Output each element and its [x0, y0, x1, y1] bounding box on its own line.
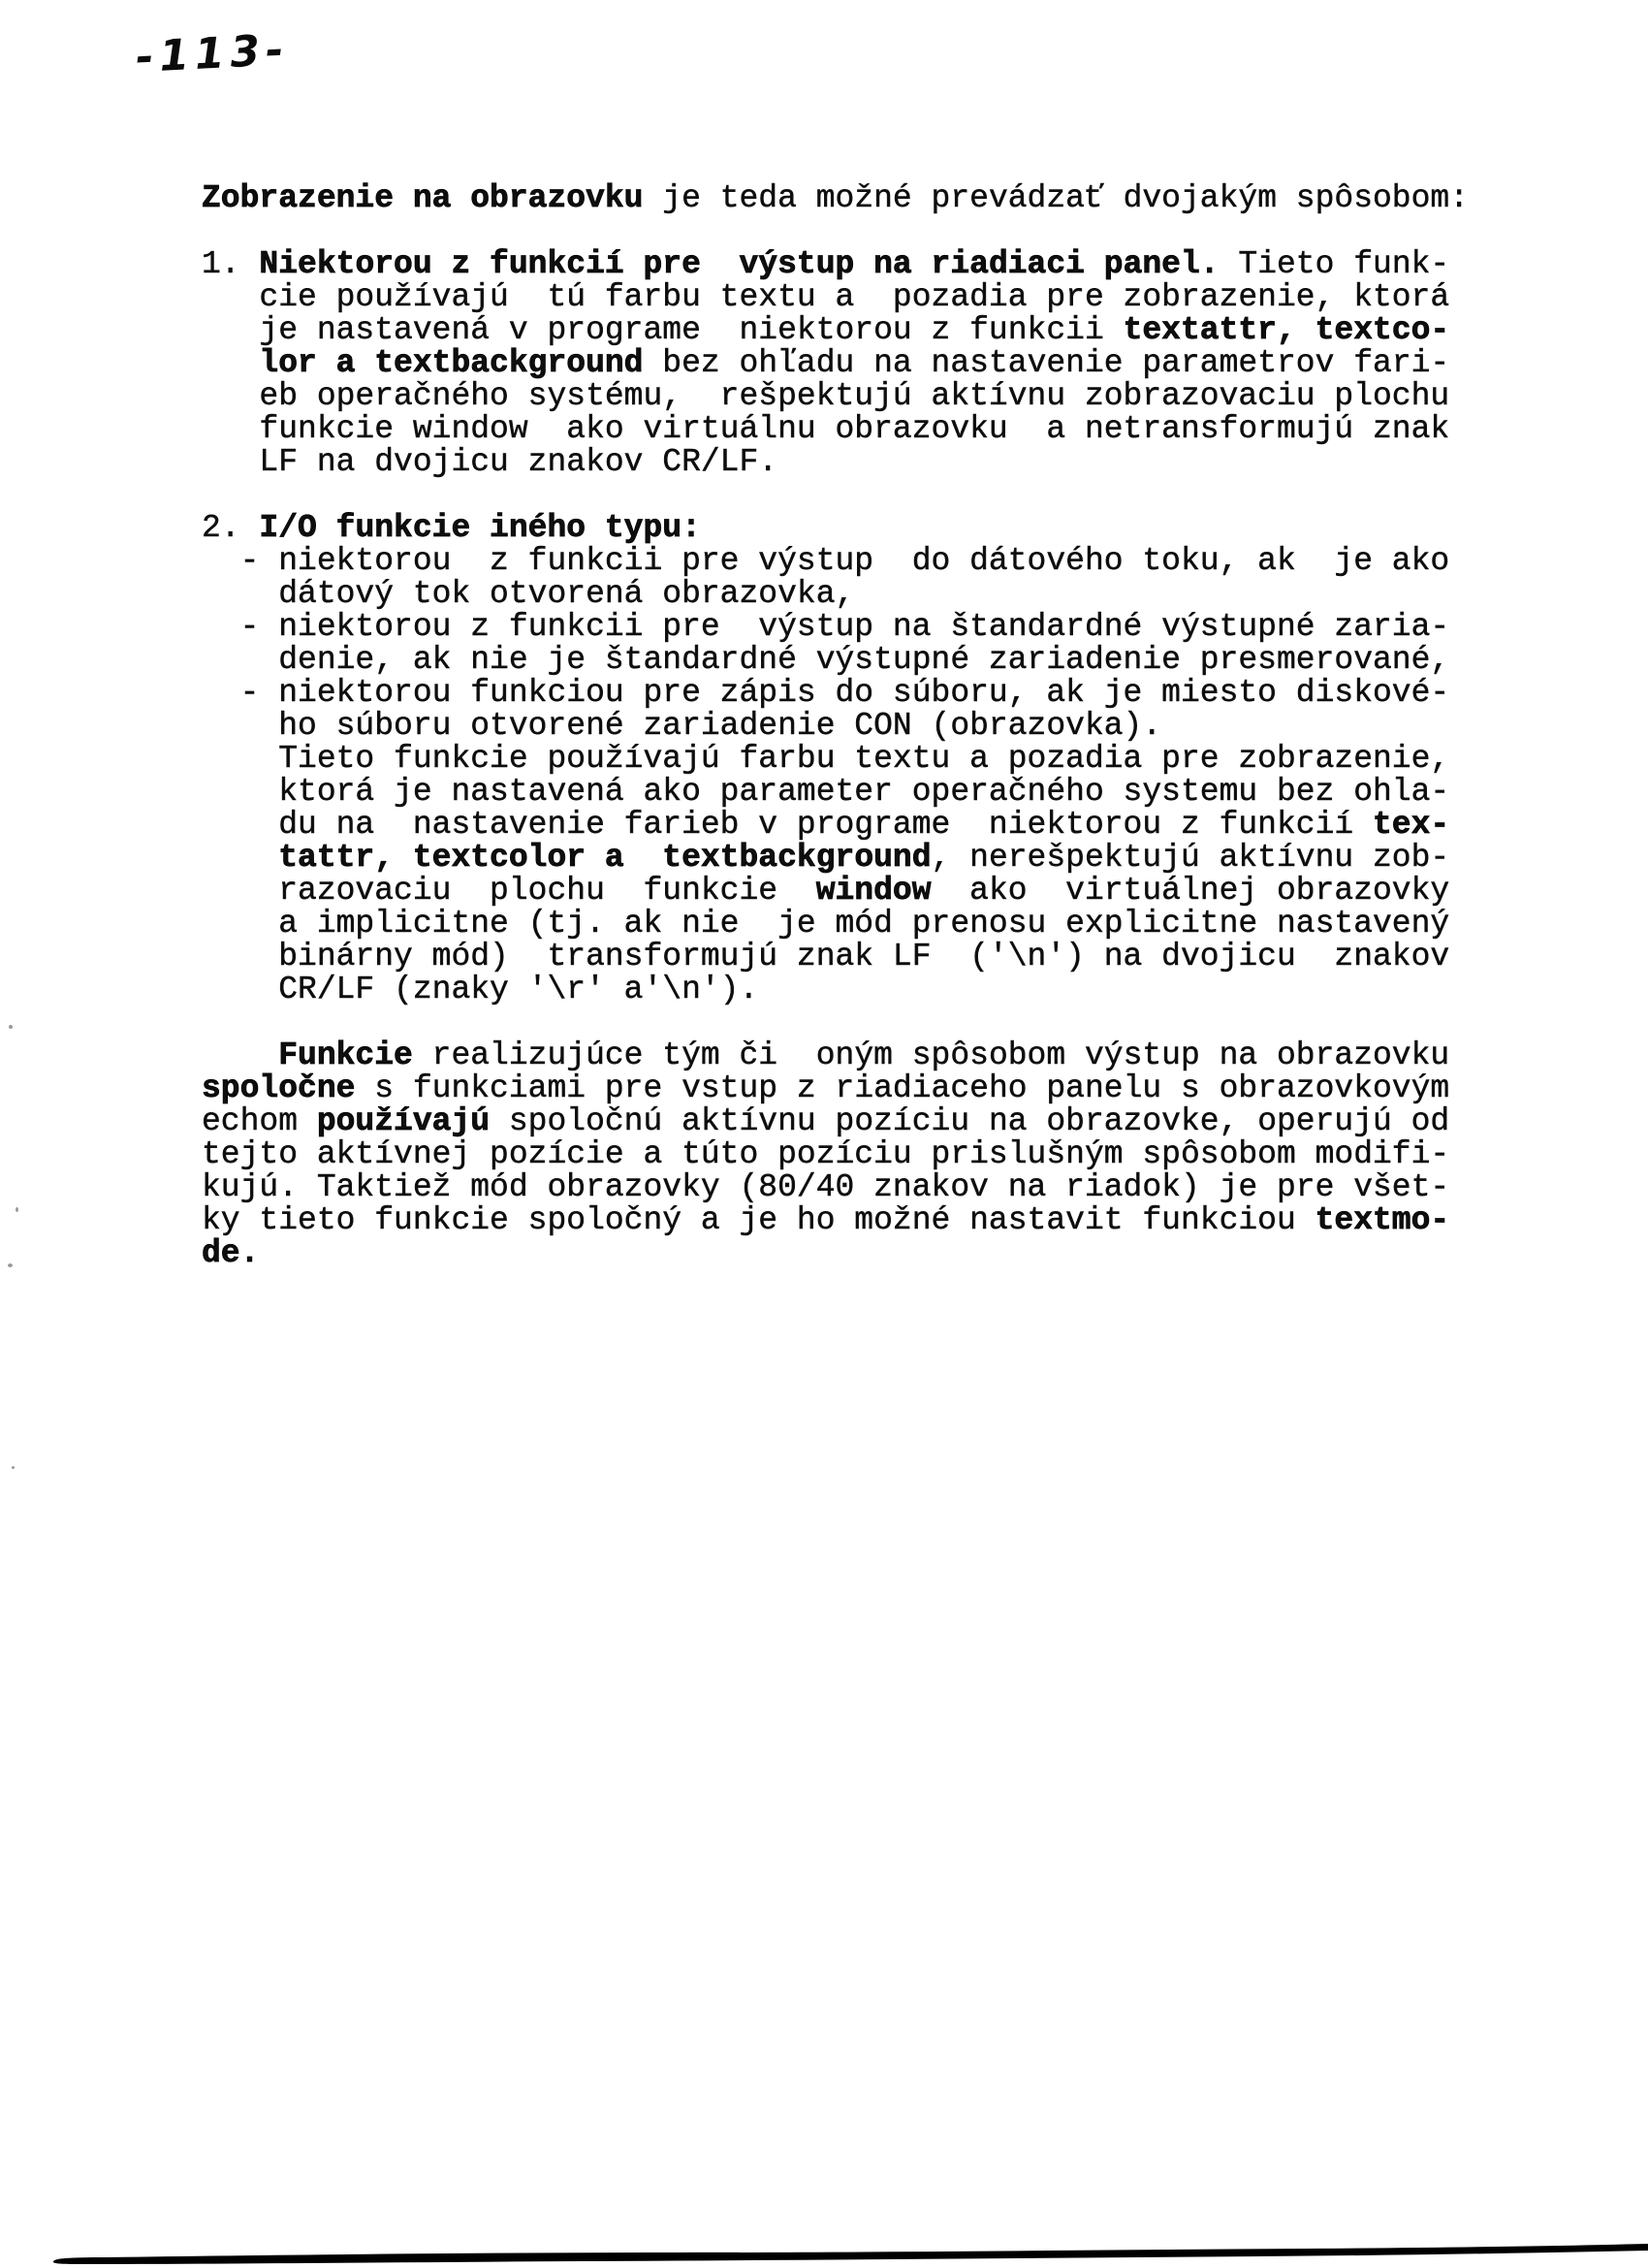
text-segment: - niektorou z funkcii pre výstup na štan…	[202, 609, 1449, 645]
text-segment-bold: textmo-	[1315, 1202, 1450, 1238]
text-segment: ako virtuálnej obrazovky	[932, 873, 1450, 909]
text-line: 1. Niektorou z funkcií pre výstup na ria…	[202, 248, 1469, 281]
text-line: CR/LF (znaky '\r' a'\n').	[202, 974, 1469, 1006]
text-segment-bold: lor a textbackground	[259, 345, 643, 381]
blank-line	[202, 479, 1469, 512]
text-segment-bold: de.	[202, 1235, 259, 1271]
page-number-handwritten: -113-	[135, 25, 291, 82]
text-line: je nastavená v programe niektorou z funk…	[202, 314, 1469, 347]
text-segment	[202, 840, 278, 876]
scan-speck	[9, 1025, 13, 1029]
text-segment-bold: tattr, textcolor a textbackground	[278, 840, 931, 876]
text-segment: ky tieto funkcie spoločný a je ho možné …	[202, 1202, 1315, 1238]
scanned-document-page: -113- Zobrazenie na obrazovku je teda mo…	[0, 0, 1648, 2268]
text-segment: s funkciami pre vstup z riadiaceho panel…	[355, 1070, 1449, 1106]
text-segment: funkcie window ako virtuálnu obrazovku a…	[202, 411, 1449, 447]
text-line: Zobrazenie na obrazovku je teda možné pr…	[202, 182, 1469, 215]
text-segment: ho súboru otvorené zariadenie CON (obraz…	[202, 708, 1161, 744]
text-segment: denie, ak nie je štandardné výstupné zar…	[202, 642, 1449, 678]
text-segment: cie používajú tú farbu textu a pozadia p…	[202, 279, 1449, 315]
text-line: ktorá je nastavená ako parameter operačn…	[202, 776, 1469, 809]
scan-speck	[8, 1263, 13, 1267]
text-segment-bold: používajú	[317, 1103, 490, 1139]
text-line: tattr, textcolor a textbackground, nereš…	[202, 842, 1469, 875]
text-segment	[202, 345, 259, 381]
text-segment: Tieto funk-	[1220, 246, 1450, 282]
text-segment: binárny mód) transformujú znak LF ('\n')…	[202, 939, 1449, 974]
text-line: du na nastavenie farieb v programe niekt…	[202, 809, 1469, 842]
text-line: ky tieto funkcie spoločný a je ho možné …	[202, 1204, 1469, 1237]
text-segment: Tieto funkcie používajú farbu textu a po…	[202, 741, 1449, 777]
text-line: funkcie window ako virtuálnu obrazovku a…	[202, 413, 1469, 446]
text-line: a implicitne (tj. ak nie je mód prenosu …	[202, 908, 1469, 941]
text-segment-bold: textattr, textco-	[1124, 312, 1450, 348]
text-line: de.	[202, 1237, 1469, 1270]
text-line: spoločne s funkciami pre vstup z riadiac…	[202, 1072, 1469, 1105]
text-line: razovaciu plochu funkcie window ako virt…	[202, 875, 1469, 908]
text-line: kujú. Taktiež mód obrazovky (80/40 znako…	[202, 1171, 1469, 1204]
text-segment: spoločnú aktívnu pozíciu na obrazovke, o…	[490, 1103, 1449, 1139]
text-segment-bold: Niektorou z funkcií pre výstup na riadia…	[259, 246, 1219, 282]
scan-artifact-bottom	[0, 2239, 1648, 2268]
text-line: 2. I/O funkcie iného typu:	[202, 512, 1469, 545]
scan-speck	[12, 1466, 15, 1469]
text-segment: eb operačného systému, rešpektujú aktívn…	[202, 378, 1449, 414]
text-segment-bold: Zobrazenie na obrazovku	[202, 180, 643, 216]
text-segment: realizujúce tým či oným spôsobom výstup …	[413, 1038, 1449, 1073]
text-segment: du na nastavenie farieb v programe niekt…	[202, 807, 1373, 843]
text-segment: je teda možné prevádzať dvojakým spôsobo…	[643, 180, 1469, 216]
text-block: Zobrazenie na obrazovku je teda možné pr…	[202, 182, 1469, 1270]
text-segment: a implicitne (tj. ak nie je mód prenosu …	[202, 906, 1449, 942]
text-line: cie používajú tú farbu textu a pozadia p…	[202, 281, 1469, 314]
text-line: ho súboru otvorené zariadenie CON (obraz…	[202, 710, 1469, 743]
text-line: LF na dvojicu znakov CR/LF.	[202, 446, 1469, 479]
scan-speck	[16, 1207, 18, 1212]
text-segment: - niektorou z funkcii pre výstup do dáto…	[202, 543, 1449, 579]
text-segment: je nastavená v programe niektorou z funk…	[202, 312, 1124, 348]
text-segment: 2.	[202, 510, 259, 546]
text-segment	[202, 1038, 278, 1073]
text-line: echom používajú spoločnú aktívnu pozíciu…	[202, 1105, 1469, 1138]
text-line: Tieto funkcie používajú farbu textu a po…	[202, 743, 1469, 776]
text-segment: tejto aktívnej pozície a túto pozíciu pr…	[202, 1136, 1449, 1172]
text-segment: razovaciu plochu funkcie	[202, 873, 816, 909]
text-line: binárny mód) transformujú znak LF ('\n')…	[202, 941, 1469, 974]
text-segment: LF na dvojicu znakov CR/LF.	[202, 444, 777, 480]
text-line: tejto aktívnej pozície a túto pozíciu pr…	[202, 1138, 1469, 1171]
text-segment: - niektorou funkciou pre zápis do súboru…	[202, 675, 1449, 711]
text-segment: CR/LF (znaky '\r' a'\n').	[202, 972, 758, 1007]
text-line: lor a textbackground bez ohľadu na nasta…	[202, 347, 1469, 380]
text-line: - niektorou z funkcii pre výstup na štan…	[202, 611, 1469, 644]
text-segment-bold: Funkcie	[278, 1038, 413, 1073]
text-line: denie, ak nie je štandardné výstupné zar…	[202, 644, 1469, 677]
text-segment-bold: window	[816, 873, 932, 909]
text-line: - niektorou z funkcii pre výstup do dáto…	[202, 545, 1469, 578]
blank-line	[202, 215, 1469, 248]
blank-line	[202, 1006, 1469, 1039]
text-segment: kujú. Taktiež mód obrazovky (80/40 znako…	[202, 1169, 1449, 1205]
text-segment: 1.	[202, 246, 259, 282]
text-segment-bold: tex-	[1373, 807, 1449, 843]
text-segment: bez ohľadu na nastavenie parametrov fari…	[644, 345, 1450, 381]
text-segment-bold: I/O funkcie iného typu:	[259, 510, 700, 546]
text-segment: , nerešpektujú aktívnu zob-	[932, 840, 1450, 876]
text-line: dátový tok otvorená obrazovka,	[202, 578, 1469, 611]
text-segment: ktorá je nastavená ako parameter operačn…	[202, 774, 1449, 810]
text-segment: echom	[202, 1103, 317, 1139]
text-line: eb operačného systému, rešpektujú aktívn…	[202, 380, 1469, 413]
text-line: Funkcie realizujúce tým či oným spôsobom…	[202, 1039, 1469, 1072]
text-segment-bold: spoločne	[202, 1070, 355, 1106]
text-line: - niektorou funkciou pre zápis do súboru…	[202, 677, 1469, 710]
text-segment: dátový tok otvorená obrazovka,	[202, 576, 854, 612]
